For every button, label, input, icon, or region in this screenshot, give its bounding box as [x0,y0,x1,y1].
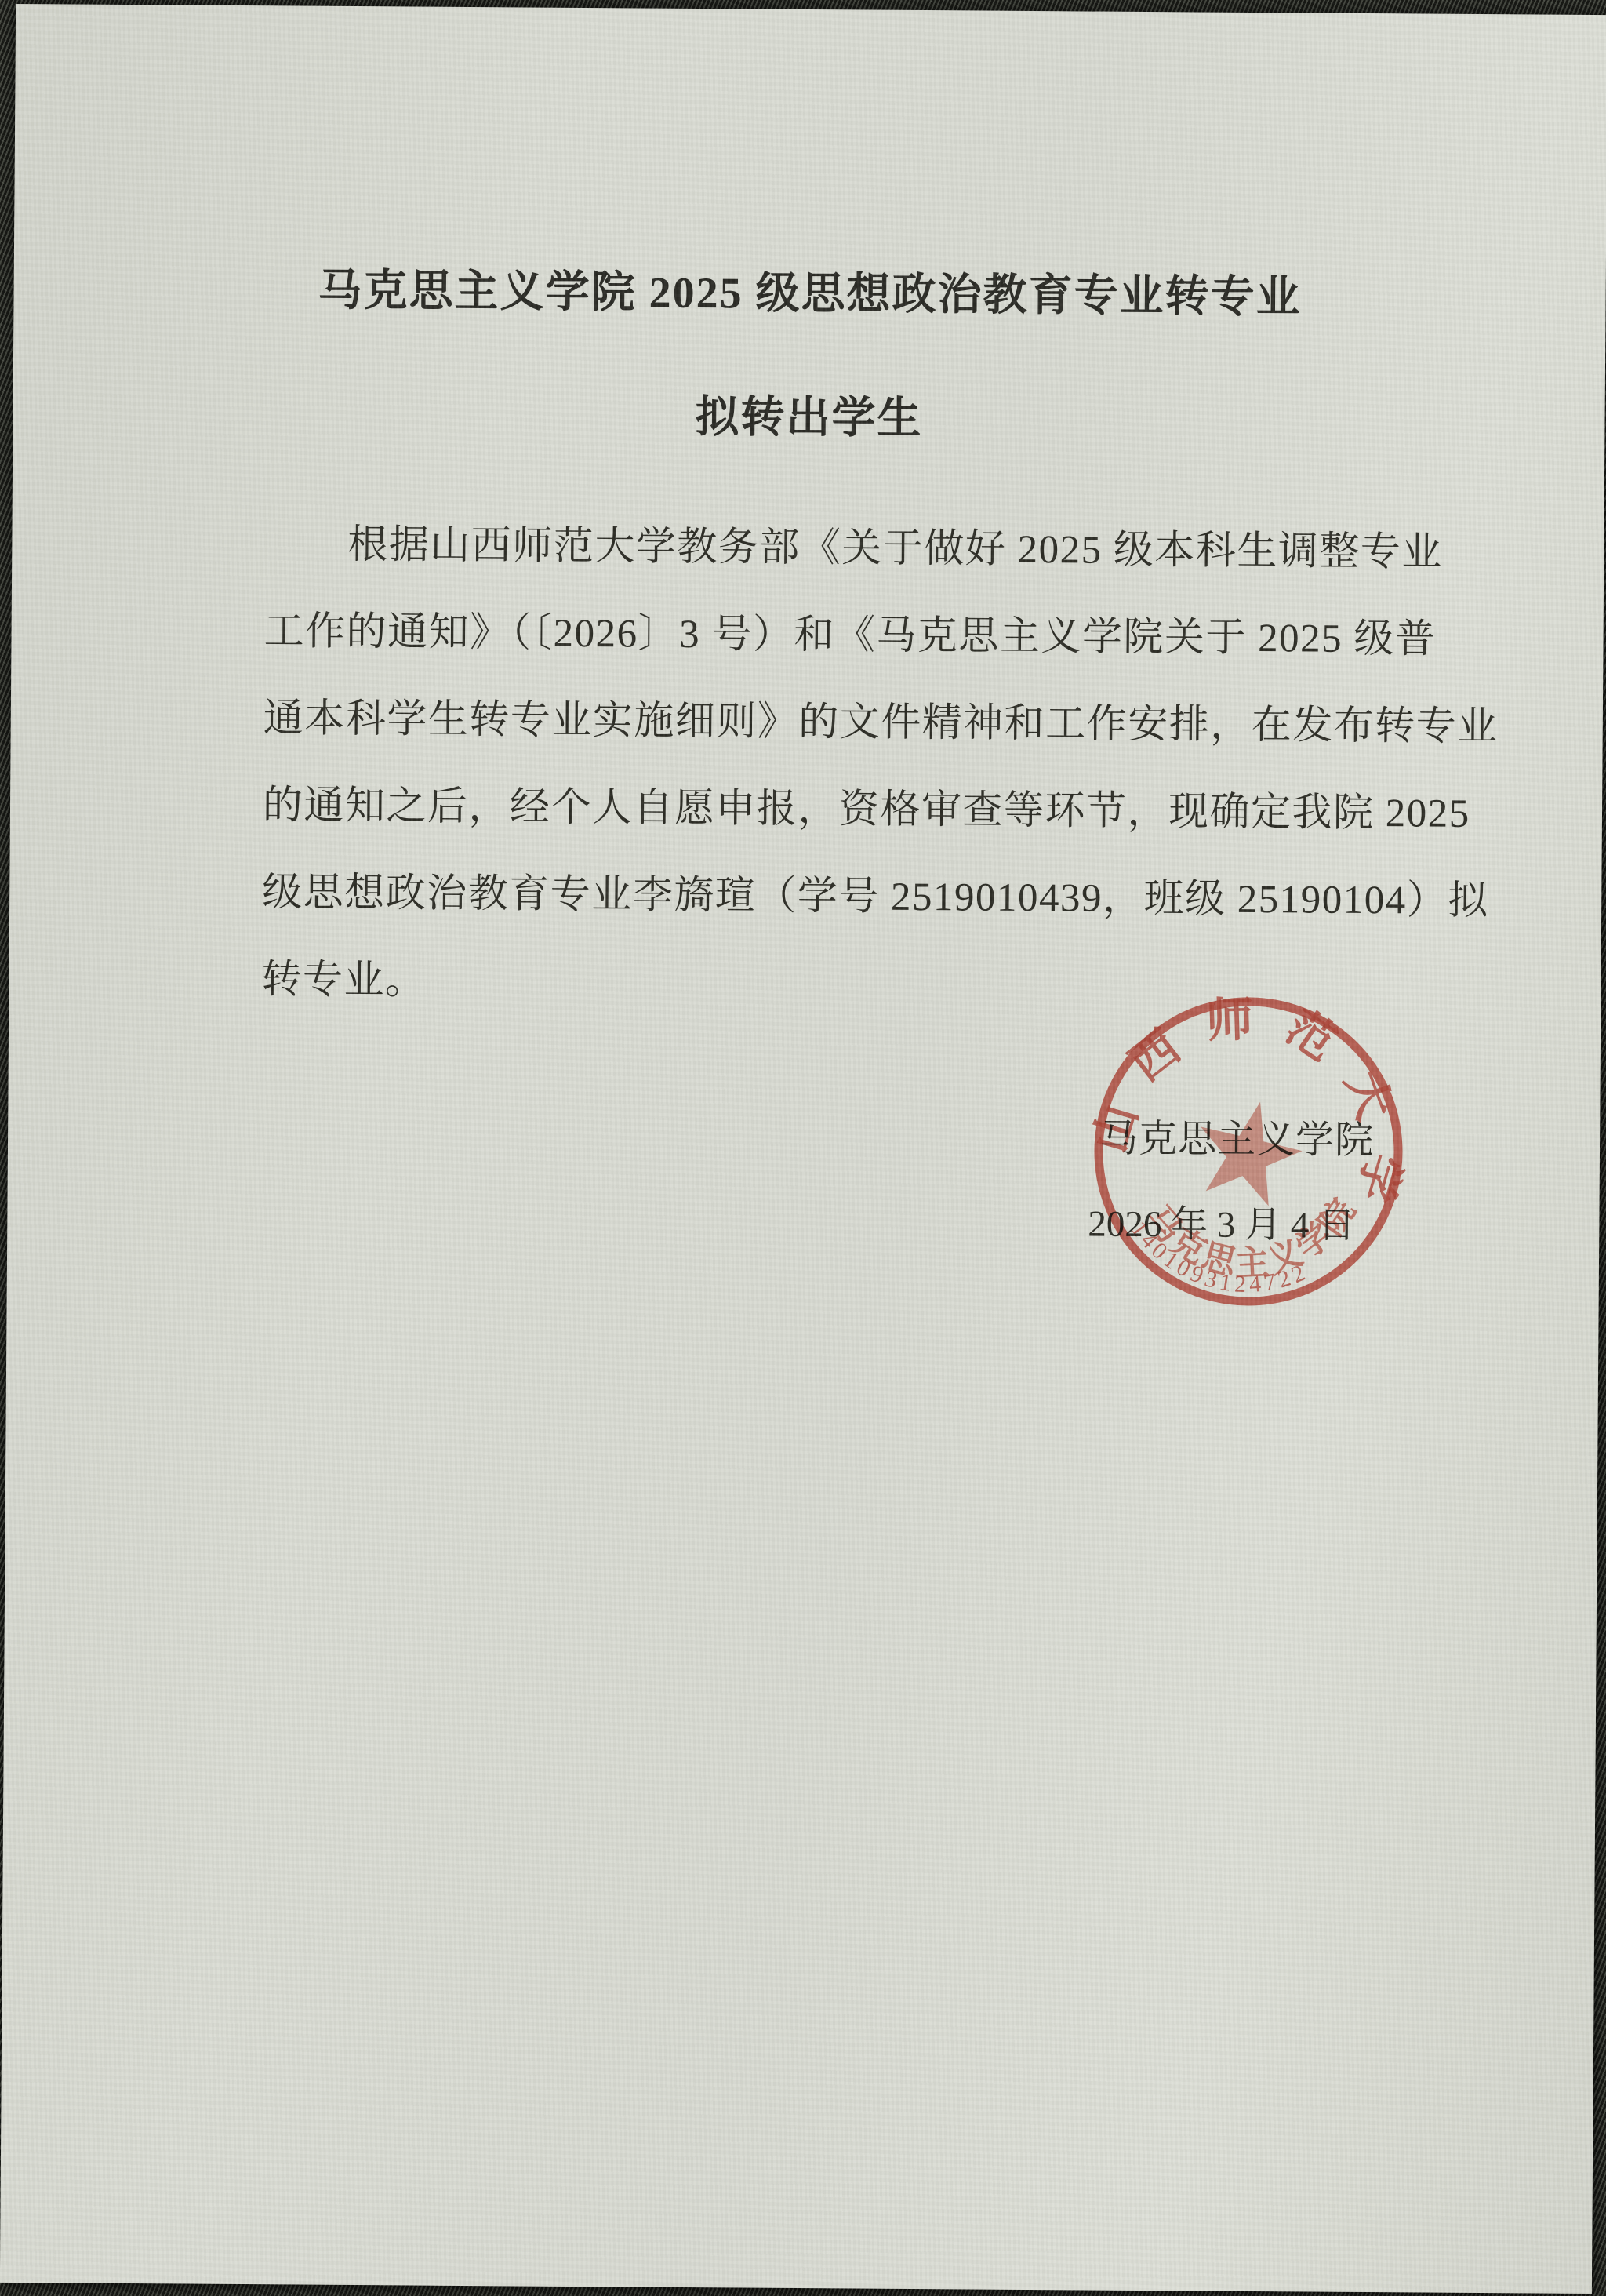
seal-star-icon [1186,1090,1311,1210]
body-line: 通本科学生转专业实施细则》的文件精神和工作安排，在发布转专业 [263,675,1408,770]
document-title-line2: 拟转出学生 [13,377,1605,451]
body-line: 工作的通知》（〔2026〕3 号）和《马克思主义学院关于 2025 级普 [263,588,1409,683]
body-line: 的通知之后，经个人自愿申报，资格审查等环节，现确定我院 2025 [263,762,1408,857]
body-line: 级思想政治教育专业李旖瑄（学号 2519010439，班级 25190104）拟 [262,850,1408,944]
document-body: 根据山西师范大学教务部《关于做好 2025 级本科生调整专业 工作的通知》（〔2… [261,501,1410,1032]
body-line: 根据山西师范大学教务部《关于做好 2025 级本科生调整专业 [264,501,1410,596]
document-paper: 马克思主义学院 2025 级思想政治教育专业转专业 拟转出学生 根据山西师范大学… [0,4,1606,2294]
document-title-line1: 马克思主义学院 2025 级思想政治教育专业转专业 [13,253,1606,327]
